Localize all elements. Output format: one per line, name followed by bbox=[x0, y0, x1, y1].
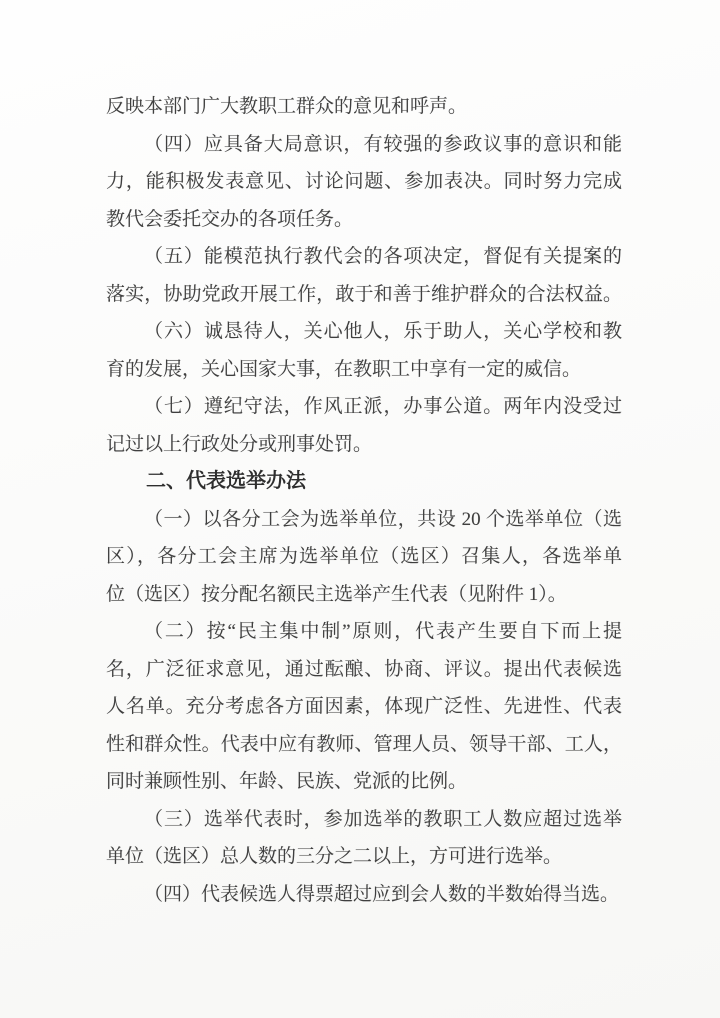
document-line: 名，广泛征求意见，通过酝酿、协商、评议。提出代表候选 bbox=[106, 651, 622, 689]
document-line: 单位（选区）总人数的三分之二以上，方可进行选举。 bbox=[106, 838, 622, 876]
document-line: 位（选区）按分配名额民主选举产生代表（见附件 1）。 bbox=[106, 576, 622, 614]
document-photo: { "colors": { "page_background": "#fbfbf… bbox=[0, 0, 720, 1018]
document-line: 记过以上行政处分或刑事处罚。 bbox=[106, 426, 622, 464]
document-page: 反映本部门广大教职工群众的意见和呼声。（四）应具备大局意识，有较强的参政议事的意… bbox=[0, 0, 720, 1018]
document-line: 反映本部门广大教职工群众的意见和呼声。 bbox=[106, 88, 622, 126]
document-line: 同时兼顾性别、年龄、民族、党派的比例。 bbox=[106, 763, 622, 801]
document-line: （四）代表候选人得票超过应到会人数的半数始得当选。 bbox=[106, 876, 622, 914]
document-line: 人名单。充分考虑各方面因素，体现广泛性、先进性、代表 bbox=[106, 688, 622, 726]
document-line: 性和群众性。代表中应有教师、管理人员、领导干部、工人， bbox=[106, 726, 622, 764]
document-line: （七）遵纪守法，作风正派，办事公道。两年内没受过 bbox=[106, 388, 622, 426]
document-line: （五）能模范执行教代会的各项决定，督促有关提案的 bbox=[106, 238, 622, 276]
document-line: （四）应具备大局意识，有较强的参政议事的意识和能 bbox=[106, 126, 622, 164]
document-line: 力，能积极发表意见、讨论问题、参加表决。同时努力完成 bbox=[106, 163, 622, 201]
document-line: （三）选举代表时，参加选举的教职工人数应超过选举 bbox=[106, 801, 622, 839]
document-text-block: 反映本部门广大教职工群众的意见和呼声。（四）应具备大局意识，有较强的参政议事的意… bbox=[106, 88, 622, 913]
document-line: 育的发展，关心国家大事，在教职工中享有一定的威信。 bbox=[106, 351, 622, 389]
document-line: （一）以各分工会为选举单位，共设 20 个选举单位（选 bbox=[106, 501, 622, 539]
section-heading: 二、代表选举办法 bbox=[106, 463, 622, 501]
document-line: （六）诚恳待人，关心他人，乐于助人，关心学校和教 bbox=[106, 313, 622, 351]
document-line: 落实，协助党政开展工作，敢于和善于维护群众的合法权益。 bbox=[106, 276, 622, 314]
document-line: （二）按“民主集中制”原则，代表产生要自下而上提 bbox=[106, 613, 622, 651]
document-line: 教代会委托交办的各项任务。 bbox=[106, 201, 622, 239]
document-line: 区），各分工会主席为选举单位（选区）召集人，各选举单 bbox=[106, 538, 622, 576]
